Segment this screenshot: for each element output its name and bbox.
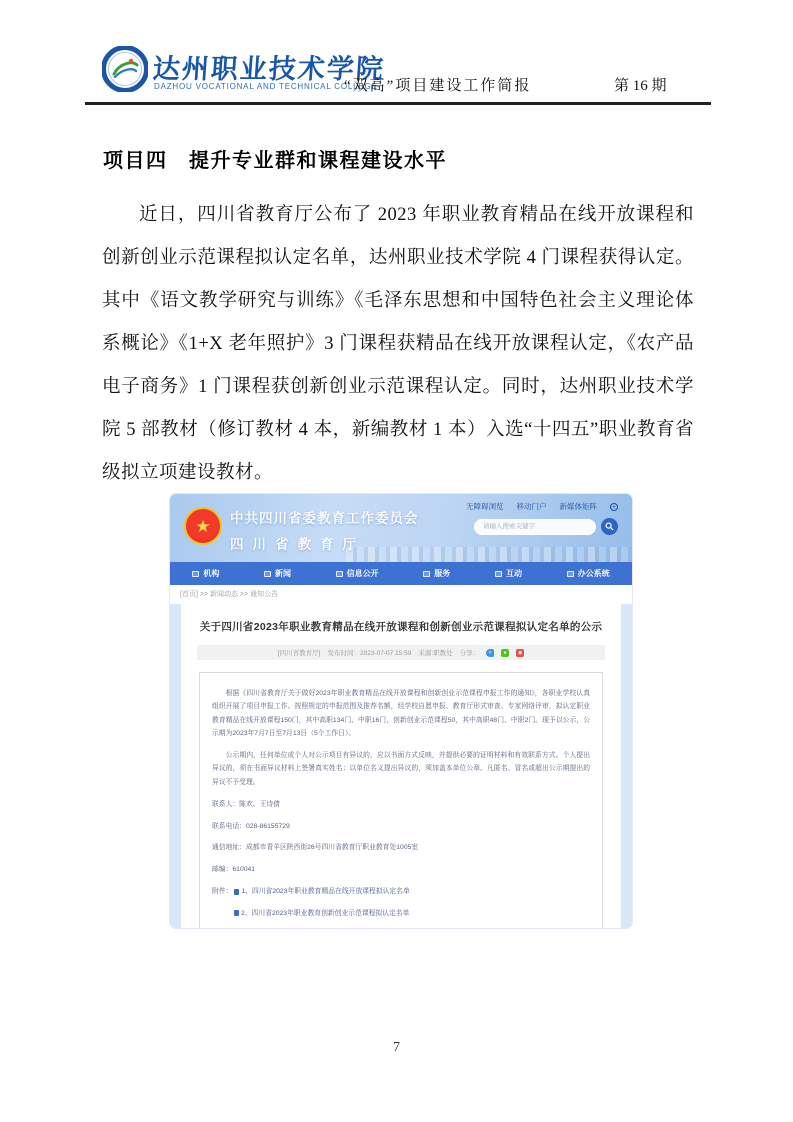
meta-source-bracket: [四川省教育厅] bbox=[278, 648, 321, 657]
article-title: 关于四川省2023年职业教育精品在线开放课程和创新创业示范课程拟认定名单的公示 bbox=[199, 620, 603, 635]
mobile-portal-link[interactable]: 移动门户 bbox=[517, 501, 547, 512]
computer-icon bbox=[567, 571, 574, 577]
site-top-links: 无障碍浏览 移动门户 新媒体矩阵 + bbox=[466, 501, 618, 512]
site-main-area: 关于四川省2023年职业教育精品在线开放课程和创新创业示范课程拟认定名单的公示 … bbox=[170, 604, 632, 928]
attachment-row: 附件： 1、四川省2023年职业教育精品在线开放课程拟认定名单 bbox=[212, 885, 590, 898]
article-body-box: 根据《四川省教育厅关于做好2023年职业教育精品在线开放课程和创新创业示范课程申… bbox=[199, 672, 603, 928]
nav-item-services[interactable]: 服务 bbox=[423, 568, 450, 579]
meta-share-label: 分享： bbox=[460, 648, 480, 657]
nav-item-org[interactable]: 机构 bbox=[192, 568, 219, 579]
new-media-link[interactable]: 新媒体矩阵 bbox=[560, 501, 598, 512]
college-logo-icon bbox=[102, 46, 148, 92]
nav-label: 互动 bbox=[506, 568, 522, 579]
attachment-file-icon bbox=[234, 910, 239, 916]
contact-person: 联系人：陈欢、王诗倩 bbox=[212, 798, 590, 811]
folder-icon bbox=[336, 571, 343, 577]
building-icon bbox=[192, 571, 199, 577]
document-header: 达州职业技术学院 DAZHOU VOCATIONAL AND TECHNICAL… bbox=[0, 0, 793, 110]
meta-publish-time: 发布时间：2023-07-07 15:59 bbox=[327, 648, 411, 657]
contact-address: 通信地址：成都市青羊区陕西街26号四川省教育厅职业教育处1005室 bbox=[212, 841, 590, 854]
nav-item-news[interactable]: 新闻 bbox=[264, 568, 291, 579]
nav-label: 办公系统 bbox=[578, 568, 610, 579]
nav-label: 新闻 bbox=[275, 568, 291, 579]
search-input[interactable] bbox=[474, 519, 596, 535]
search-icon bbox=[605, 522, 614, 531]
site-header: ★ 中共四川省委教育工作委员会 四川省教育厅 无障碍浏览 移动门户 新媒体矩阵 … bbox=[170, 494, 632, 562]
site-search bbox=[474, 518, 618, 535]
article-paragraph: 根据《四川省教育厅关于做好2023年职业教育精品在线开放课程和创新创业示范课程申… bbox=[212, 687, 590, 740]
site-org-line1: 中共四川省委教育工作委员会 bbox=[230, 507, 419, 527]
site-org-titles: 中共四川省委教育工作委员会 四川省教育厅 bbox=[230, 507, 419, 553]
nav-label: 信息公开 bbox=[347, 568, 379, 579]
nav-label: 机构 bbox=[203, 568, 219, 579]
issue-number: 第 16 期 bbox=[614, 74, 667, 95]
service-icon bbox=[423, 571, 430, 577]
bulletin-title: “双高”项目建设工作简报 bbox=[344, 74, 531, 95]
attachments-label: 附件： bbox=[212, 885, 232, 898]
news-icon bbox=[264, 571, 271, 577]
contact-phone: 联系电话：028-86155729 bbox=[212, 820, 590, 833]
body-paragraph: 近日，四川省教育厅公布了 2023 年职业教育精品在线开放课程和创新创业示范课程… bbox=[102, 194, 694, 495]
page-number: 7 bbox=[0, 1040, 793, 1056]
chat-icon bbox=[495, 571, 502, 577]
meta-source: 来源:职教处 bbox=[418, 648, 452, 657]
embedded-website-screenshot: ★ 中共四川省委教育工作委员会 四川省教育厅 无障碍浏览 移动门户 新媒体矩阵 … bbox=[170, 494, 632, 928]
breadcrumb[interactable]: [首页] >> 新闻动态 >> 通知公告 bbox=[170, 585, 632, 604]
national-emblem-icon: ★ bbox=[184, 507, 222, 545]
section-title: 项目四 提升专业群和课程建设水平 bbox=[103, 144, 447, 173]
attachment-link-1[interactable]: 1、四川省2023年职业教育精品在线开放课程拟认定名单 bbox=[241, 885, 409, 898]
header-rule bbox=[85, 102, 711, 105]
nav-label: 服务 bbox=[434, 568, 450, 579]
nav-item-interaction[interactable]: 互动 bbox=[495, 568, 522, 579]
share-icon[interactable]: < bbox=[486, 649, 494, 657]
attachment-file-icon bbox=[234, 889, 239, 895]
search-button[interactable] bbox=[601, 518, 618, 535]
site-nav-bar: 机构 新闻 信息公开 服务 互动 办公系统 bbox=[170, 562, 632, 585]
wechat-icon[interactable]: ● bbox=[501, 649, 509, 657]
new-media-badge-icon[interactable]: + bbox=[610, 503, 618, 511]
contact-postcode: 邮编：610041 bbox=[212, 863, 590, 876]
attachment-link-2[interactable]: 2、四川省2023年职业教育创新创业示范课程拟认定名单 bbox=[241, 907, 409, 920]
article-paragraph: 公示期内，任何单位或个人对公示项目有异议的，应以书面方式反映，并提供必要的证明材… bbox=[212, 749, 590, 789]
accessibility-link[interactable]: 无障碍浏览 bbox=[466, 501, 504, 512]
nav-item-info-disclosure[interactable]: 信息公开 bbox=[336, 568, 379, 579]
site-content-panel: 关于四川省2023年职业教育精品在线开放课程和创新创业示范课程拟认定名单的公示 … bbox=[181, 604, 621, 928]
document-page: 达州职业技术学院 DAZHOU VOCATIONAL AND TECHNICAL… bbox=[0, 0, 793, 1122]
site-org-line2: 四川省教育厅 bbox=[230, 533, 419, 553]
weibo-icon[interactable]: ◉ bbox=[516, 649, 524, 657]
nav-item-office-system[interactable]: 办公系统 bbox=[567, 568, 610, 579]
article-meta-bar: [四川省教育厅] 发布时间：2023-07-07 15:59 来源:职教处 分享… bbox=[197, 645, 605, 660]
attachment-row: 2、四川省2023年职业教育创新创业示范课程拟认定名单 bbox=[212, 907, 590, 920]
